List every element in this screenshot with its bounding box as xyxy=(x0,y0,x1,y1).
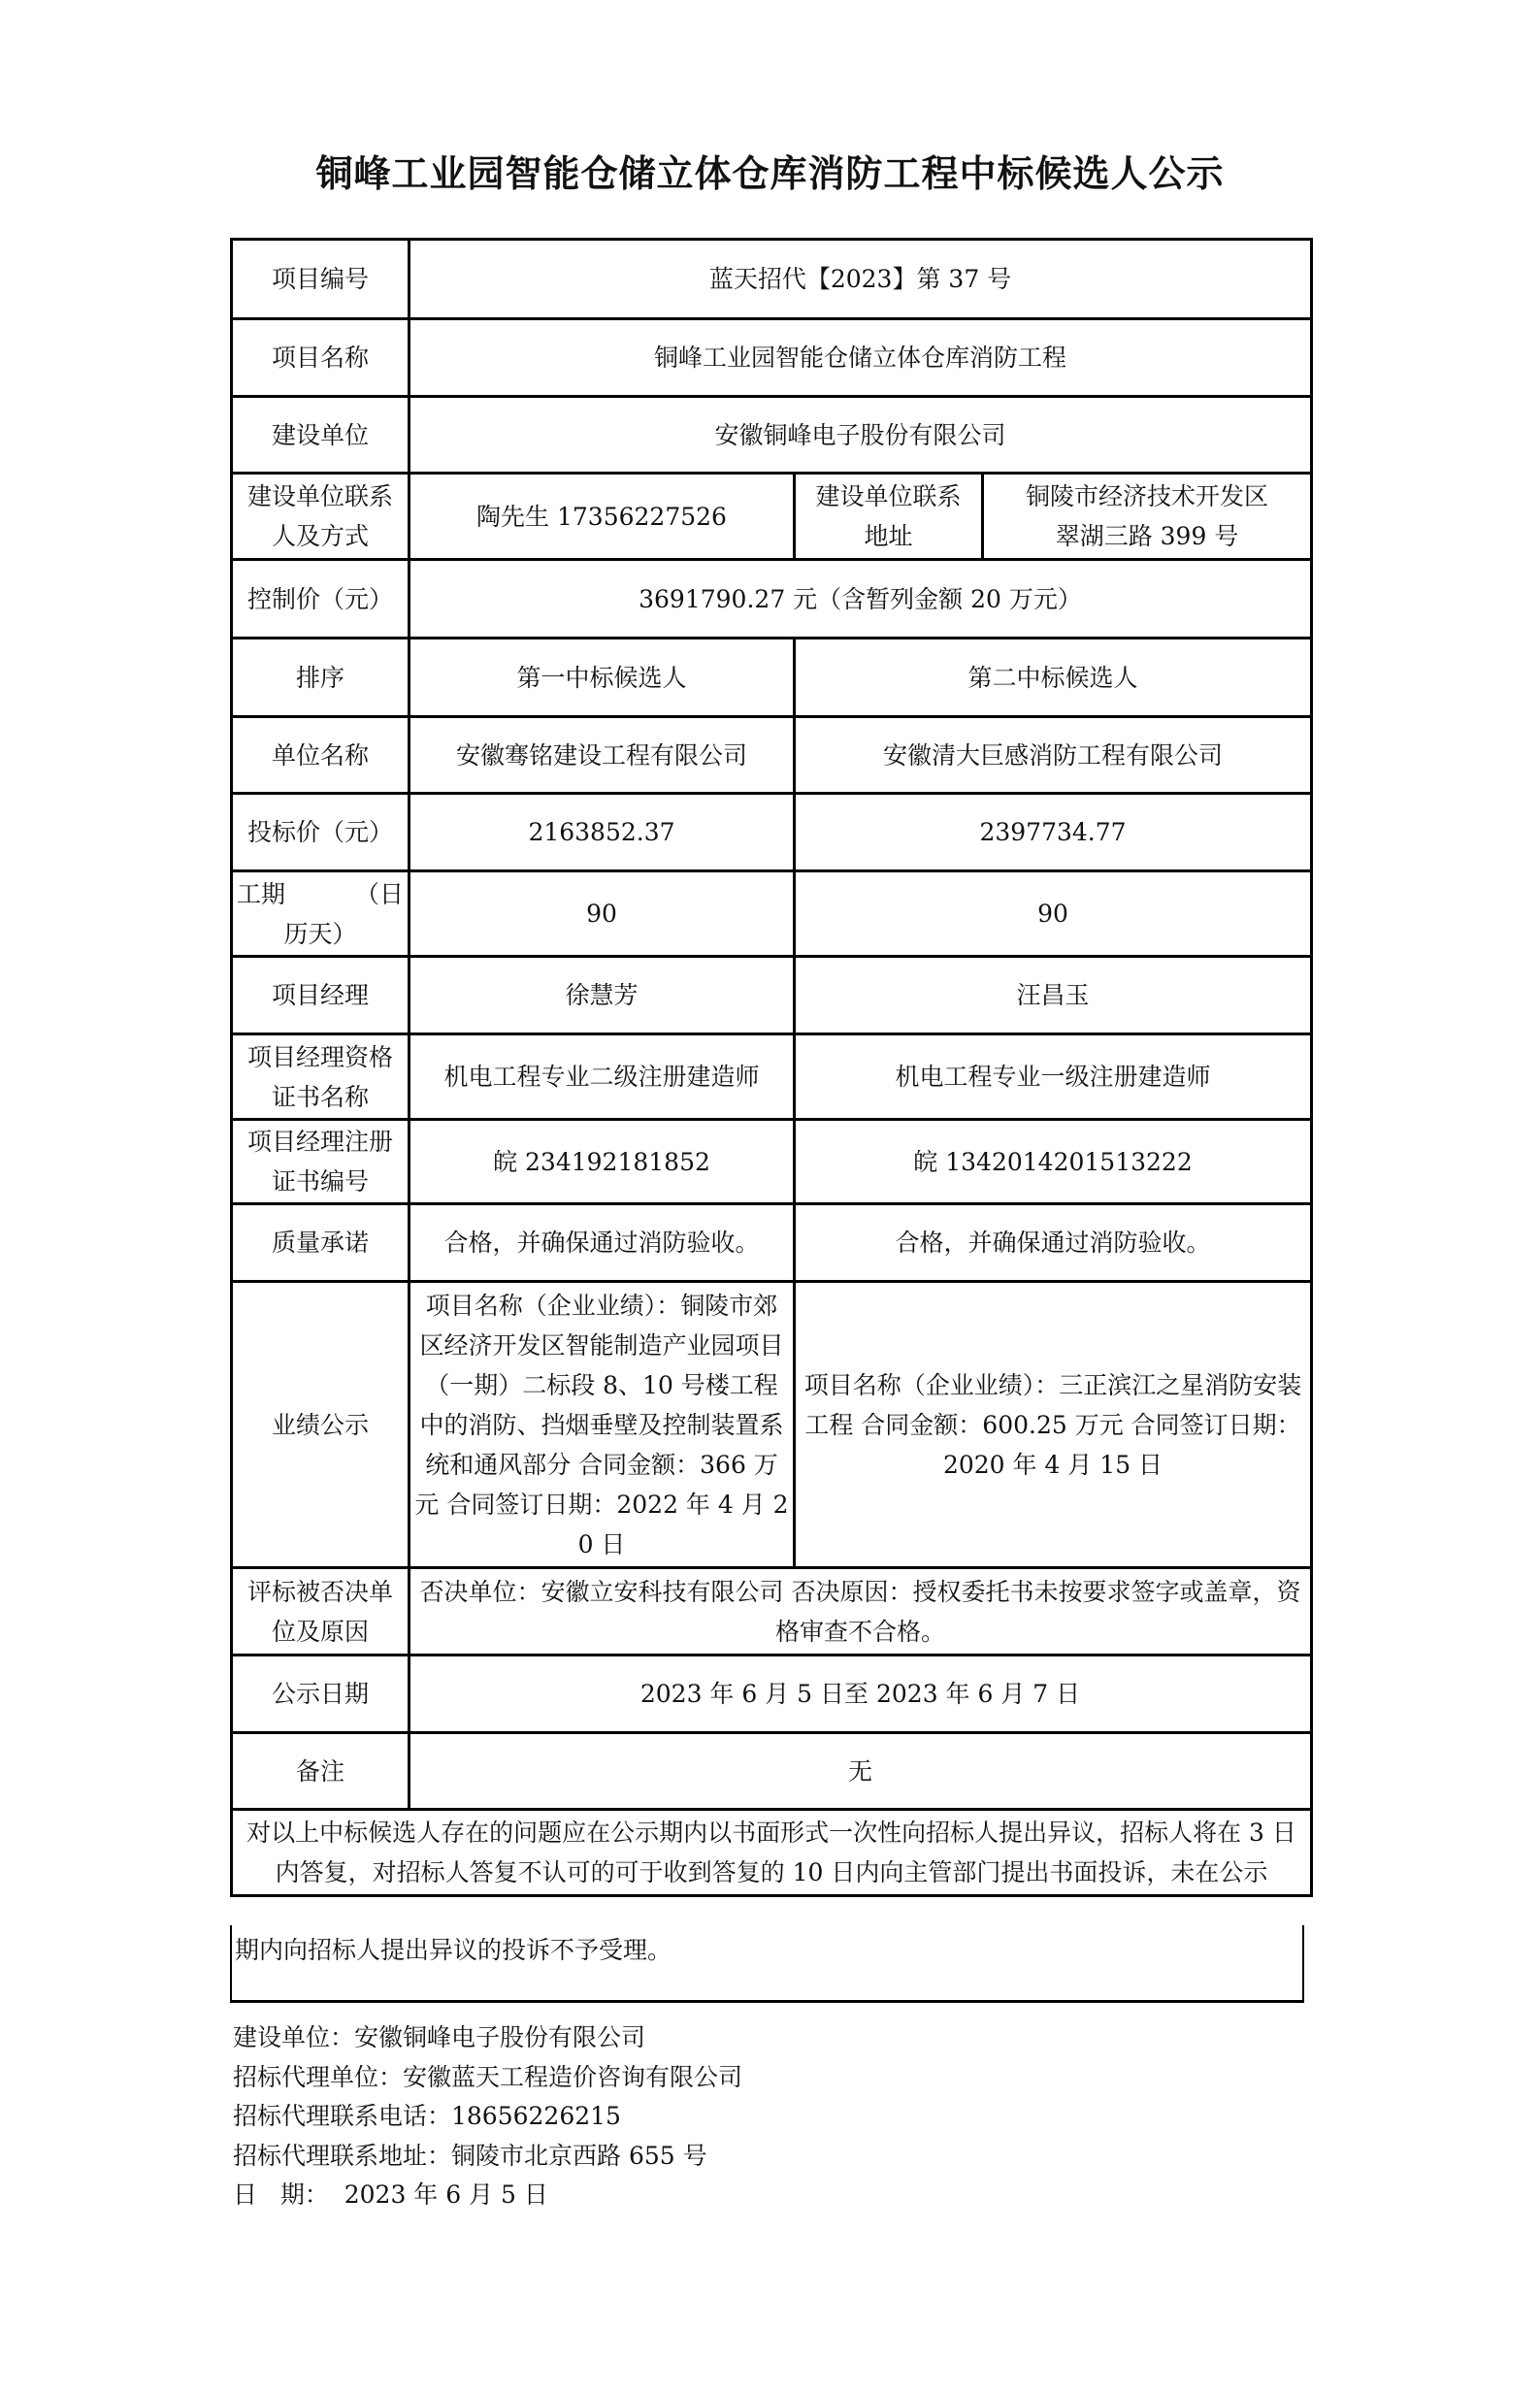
row-control-price: 控制价（元） 3691790.27 元（含暂列金额 20 万元） xyxy=(232,560,1312,639)
row-project-no: 项目编号 蓝天招代【2023】第 37 号 xyxy=(232,240,1312,319)
row-project-name: 项目名称 铜峰工业园智能仓储立体仓库消防工程 xyxy=(232,319,1312,397)
footer-info: 建设单位：安徽铜峰电子股份有限公司 招标代理单位：安徽蓝天工程造价咨询有限公司 … xyxy=(233,2018,742,2215)
label-quality: 质量承诺 xyxy=(232,1204,410,1282)
value-duration-second: 90 xyxy=(795,871,1312,957)
label-owner: 建设单位 xyxy=(232,397,410,474)
label-owner-address-line2: 地址 xyxy=(800,516,977,556)
footer-agency-address: 招标代理联系地址：铜陵市北京西路 655 号 xyxy=(233,2137,742,2177)
value-owner-address: 铜陵市经济技术开发区 翠湖三路 399 号 xyxy=(983,474,1312,560)
row-announce-date: 公示日期 2023 年 6 月 5 日至 2023 年 6 月 7 日 xyxy=(232,1655,1312,1733)
value-owner: 安徽铜峰电子股份有限公司 xyxy=(410,397,1312,474)
row-contact: 建设单位联系 人及方式 陶先生 17356227526 建设单位联系 地址 铜陵… xyxy=(232,474,1312,560)
label-control-price: 控制价（元） xyxy=(232,560,410,639)
label-ranking: 排序 xyxy=(232,639,410,717)
value-cert-name-second: 机电工程专业一级注册建造师 xyxy=(795,1034,1312,1120)
row-notice: 对以上中标候选人存在的问题应在公示期内以书面形式一次性向招标人提出异议，招标人将… xyxy=(232,1810,1312,1896)
row-performance: 业绩公示 项目名称（企业业绩）：铜陵市郊区经济开发区智能制造产业园项目（一期）二… xyxy=(232,1282,1312,1568)
value-manager-first: 徐慧芳 xyxy=(410,957,795,1034)
label-owner-address-line1: 建设单位联系 xyxy=(800,476,977,516)
label-rejected-line2: 位及原因 xyxy=(237,1612,404,1652)
value-performance-second: 项目名称（企业业绩）：三正滨江之星消防安装工程 合同金额：600.25 万元 合… xyxy=(795,1282,1312,1568)
value-control-price: 3691790.27 元（含暂列金额 20 万元） xyxy=(410,560,1312,639)
label-cert-no: 项目经理注册 证书编号 xyxy=(232,1120,410,1204)
value-bid-price-second: 2397734.77 xyxy=(795,794,1312,871)
footer-owner: 建设单位：安徽铜峰电子股份有限公司 xyxy=(233,2018,742,2058)
row-rejected: 评标被否决单 位及原因 否决单位：安徽立安科技有限公司 否决原因：授权委托书未按… xyxy=(232,1568,1312,1655)
footer-agency-phone: 招标代理联系电话：18656226215 xyxy=(233,2097,742,2137)
label-rejected-line1: 评标被否决单 xyxy=(237,1572,404,1612)
value-announce-date: 2023 年 6 月 5 日至 2023 年 6 月 7 日 xyxy=(410,1655,1312,1733)
value-company-second: 安徽清大巨感消防工程有限公司 xyxy=(795,717,1312,794)
value-cert-name-first: 机电工程专业二级注册建造师 xyxy=(410,1034,795,1120)
label-performance: 业绩公示 xyxy=(232,1282,410,1568)
label-company: 单位名称 xyxy=(232,717,410,794)
objection-notice-continued: 期内向招标人提出异议的投诉不予受理。 xyxy=(230,1925,1304,2003)
value-rejected: 否决单位：安徽立安科技有限公司 否决原因：授权委托书未按要求签字或盖章，资格审查… xyxy=(410,1568,1312,1655)
label-contact: 建设单位联系 人及方式 xyxy=(232,474,410,560)
footer-date: 日 期： 2023 年 6 月 5 日 xyxy=(233,2176,742,2215)
label-manager: 项目经理 xyxy=(232,957,410,1034)
label-duration: 工期 （日 历天） xyxy=(232,871,410,957)
label-cert-name-line1: 项目经理资格 xyxy=(237,1037,404,1077)
row-company: 单位名称 安徽骞铭建设工程有限公司 安徽清大巨感消防工程有限公司 xyxy=(232,717,1312,794)
value-company-first: 安徽骞铭建设工程有限公司 xyxy=(410,717,795,794)
label-cert-name-line2: 证书名称 xyxy=(237,1077,404,1117)
value-project-no: 蓝天招代【2023】第 37 号 xyxy=(410,240,1312,319)
label-contact-line2: 人及方式 xyxy=(237,516,404,556)
objection-notice: 对以上中标候选人存在的问题应在公示期内以书面形式一次性向招标人提出异议，招标人将… xyxy=(232,1810,1312,1896)
row-ranking: 排序 第一中标候选人 第二中标候选人 xyxy=(232,639,1312,717)
footer-agency: 招标代理单位：安徽蓝天工程造价咨询有限公司 xyxy=(233,2058,742,2098)
row-cert-no: 项目经理注册 证书编号 皖 234192181852 皖 13420142015… xyxy=(232,1120,1312,1204)
value-quality-first: 合格，并确保通过消防验收。 xyxy=(410,1204,795,1282)
value-duration-first: 90 xyxy=(410,871,795,957)
label-bid-price: 投标价（元） xyxy=(232,794,410,871)
value-owner-address-line1: 铜陵市经济技术开发区 xyxy=(988,476,1306,516)
label-owner-address: 建设单位联系 地址 xyxy=(795,474,983,560)
value-performance-first: 项目名称（企业业绩）：铜陵市郊区经济开发区智能制造产业园项目（一期）二标段 8、… xyxy=(410,1282,795,1568)
value-cert-no-second: 皖 1342014201513222 xyxy=(795,1120,1312,1204)
row-manager: 项目经理 徐慧芳 汪昌玉 xyxy=(232,957,1312,1034)
row-duration: 工期 （日 历天） 90 90 xyxy=(232,871,1312,957)
label-project-name: 项目名称 xyxy=(232,319,410,397)
row-remarks: 备注 无 xyxy=(232,1733,1312,1810)
label-project-no: 项目编号 xyxy=(232,240,410,319)
label-rejected: 评标被否决单 位及原因 xyxy=(232,1568,410,1655)
value-quality-second: 合格，并确保通过消防验收。 xyxy=(795,1204,1312,1282)
row-quality: 质量承诺 合格，并确保通过消防验收。 合格，并确保通过消防验收。 xyxy=(232,1204,1312,1282)
label-cert-no-line2: 证书编号 xyxy=(237,1162,404,1201)
value-cert-no-first: 皖 234192181852 xyxy=(410,1120,795,1204)
value-bid-price-first: 2163852.37 xyxy=(410,794,795,871)
value-contact: 陶先生 17356227526 xyxy=(410,474,795,560)
candidate-table: 项目编号 蓝天招代【2023】第 37 号 项目名称 铜峰工业园智能仓储立体仓库… xyxy=(230,238,1313,1897)
row-cert-name: 项目经理资格 证书名称 机电工程专业二级注册建造师 机电工程专业一级注册建造师 xyxy=(232,1034,1312,1120)
label-cert-name: 项目经理资格 证书名称 xyxy=(232,1034,410,1120)
header-first-candidate: 第一中标候选人 xyxy=(410,639,795,717)
value-remarks: 无 xyxy=(410,1733,1312,1810)
row-bid-price: 投标价（元） 2163852.37 2397734.77 xyxy=(232,794,1312,871)
value-manager-second: 汪昌玉 xyxy=(795,957,1312,1034)
value-owner-address-line2: 翠湖三路 399 号 xyxy=(988,516,1306,556)
value-project-name: 铜峰工业园智能仓储立体仓库消防工程 xyxy=(410,319,1312,397)
label-duration-left: 工期 xyxy=(237,874,285,914)
header-second-candidate: 第二中标候选人 xyxy=(795,639,1312,717)
label-contact-line1: 建设单位联系 xyxy=(237,476,404,516)
page-title: 铜峰工业园智能仓储立体仓库消防工程中标候选人公示 xyxy=(0,144,1540,197)
label-cert-no-line1: 项目经理注册 xyxy=(237,1122,404,1162)
label-announce-date: 公示日期 xyxy=(232,1655,410,1733)
label-duration-line1: 工期 （日 xyxy=(237,874,404,914)
label-remarks: 备注 xyxy=(232,1733,410,1810)
label-duration-line2: 历天） xyxy=(237,914,404,954)
label-duration-right: （日 xyxy=(355,874,404,914)
row-owner: 建设单位 安徽铜峰电子股份有限公司 xyxy=(232,397,1312,474)
